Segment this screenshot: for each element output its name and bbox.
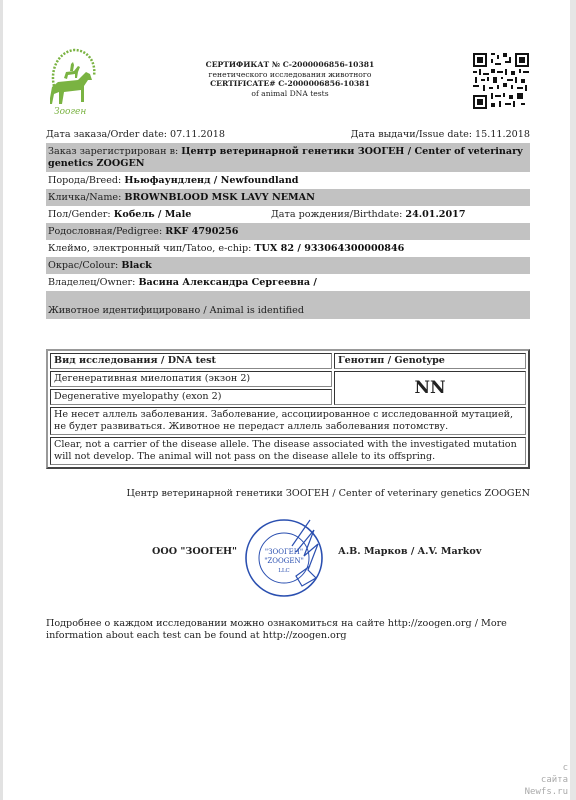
certificate-header: СЕРТИФИКАТ № C-2000006856-10381 генетиче… bbox=[180, 60, 400, 98]
test-name-ru: Дегенеративная миелопатия (экзон 2) bbox=[50, 371, 332, 387]
pedigree-label: Родословная/Pedigree: bbox=[48, 226, 165, 237]
gender-value: Кобель / Male bbox=[114, 209, 192, 220]
colour-value: Black bbox=[121, 260, 151, 271]
dna-test-table: Вид исследования / DNA test Генотип / Ge… bbox=[46, 349, 530, 469]
svg-text:"ЗООГЕН": "ЗООГЕН" bbox=[265, 548, 303, 556]
svg-text:"ZOOGEN": "ZOOGEN" bbox=[264, 557, 304, 565]
result-ru: Не несет аллель заболевания. Заболевание… bbox=[50, 407, 526, 435]
name-row: Кличка/Name: BROWNBLOOD MSK LAVY NEMAN bbox=[46, 189, 530, 206]
pedigree-value: RKF 4790256 bbox=[165, 226, 238, 237]
order-date: Дата заказа/Order date: 07.11.2018 bbox=[46, 129, 225, 140]
svg-text:LLC: LLC bbox=[278, 568, 290, 574]
page-edge-left bbox=[0, 0, 3, 800]
animal-info: Заказ зарегистрирован в: Центр ветеринар… bbox=[46, 143, 530, 319]
horse-rider-logo-icon: Зooген bbox=[44, 42, 102, 117]
signature-org: ООО "ЗООГЕН" bbox=[152, 546, 237, 557]
stamp-seal-icon: "ЗООГЕН" "ZOOGEN" LLC bbox=[244, 516, 328, 600]
page-edge-right bbox=[570, 0, 576, 800]
watermark: с сайта Newfs.ru bbox=[525, 762, 568, 798]
certificate-subtitle-ru: генетического исследования животного bbox=[180, 70, 400, 80]
breed-row: Порода/Breed: Ньюфаундленд / Newfoundlan… bbox=[46, 172, 530, 189]
certificate-subtitle-en: of animal DNA tests bbox=[180, 89, 400, 99]
issue-date: Дата выдачи/Issue date: 15.11.2018 bbox=[351, 129, 530, 140]
test-name-en: Degenerative myelopathy (exon 2) bbox=[50, 389, 332, 405]
col-genotype: Генотип / Genotype bbox=[334, 353, 526, 369]
name-value: BROWNBLOOD MSK LAVY NEMAN bbox=[124, 192, 314, 203]
col-dna-test: Вид исследования / DNA test bbox=[50, 353, 332, 369]
watermark-line-3: Newfs.ru bbox=[525, 786, 568, 798]
name-label: Кличка/Name: bbox=[48, 192, 124, 203]
chip-label: Клеймо, электронный чип/Tatoo, e-chip: bbox=[48, 243, 254, 254]
watermark-line-2: сайта bbox=[525, 774, 568, 786]
owner-value: Васина Александра Сергеевна / bbox=[138, 277, 317, 288]
genotype-value: NN bbox=[334, 371, 526, 405]
colour-row: Окрас/Colour: Black bbox=[46, 257, 530, 274]
owner-row: Владелец/Owner: Васина Александра Сергее… bbox=[46, 274, 530, 291]
breed-label: Порода/Breed: bbox=[48, 175, 124, 186]
pedigree-row: Родословная/Pedigree: RKF 4790256 bbox=[46, 223, 530, 240]
dates-row: Дата заказа/Order date: 07.11.2018 Дата … bbox=[46, 129, 530, 140]
footer-info: Подробнее о каждом исследовании можно оз… bbox=[46, 618, 526, 642]
gender-label: Пол/Gender: bbox=[48, 209, 114, 220]
qr-code[interactable] bbox=[473, 53, 529, 109]
official-stamp: "ЗООГЕН" "ZOOGEN" LLC bbox=[244, 516, 328, 600]
center-name: Центр ветеринарной генетики ЗООГЕН / Cen… bbox=[100, 488, 530, 499]
qr-code-icon bbox=[473, 53, 529, 109]
gender-birthdate-row: Пол/Gender: Кобель / Male Дата рождения/… bbox=[46, 206, 530, 223]
zoogen-logo: Зooген bbox=[44, 42, 102, 117]
identified-row: Животное идентифицировано / Animal is id… bbox=[46, 291, 530, 319]
table-row: Clear, not a carrier of the disease alle… bbox=[50, 437, 526, 465]
breed-value: Ньюфаундленд / Newfoundland bbox=[124, 175, 298, 186]
owner-label: Владелец/Owner: bbox=[48, 277, 138, 288]
chip-value: TUX 82 / 933064300000846 bbox=[254, 243, 404, 254]
watermark-line-1: с bbox=[525, 762, 568, 774]
table-row: Дегенеративная миелопатия (экзон 2) NN bbox=[50, 371, 526, 387]
table-header-row: Вид исследования / DNA test Генотип / Ge… bbox=[50, 353, 526, 369]
birthdate-value: 24.01.2017 bbox=[405, 209, 465, 220]
certificate-title-en: CERTIFICATE# C-2000006856-10381 bbox=[210, 79, 370, 88]
signer-name: А.В. Марков / A.V. Markov bbox=[338, 546, 481, 557]
svg-text:Зooген: Зooген bbox=[54, 107, 86, 117]
result-en: Clear, not a carrier of the disease alle… bbox=[50, 437, 526, 465]
identified-text: Животное идентифицировано / Animal is id… bbox=[48, 305, 304, 317]
birthdate-label: Дата рождения/Birthdate: bbox=[271, 209, 405, 220]
registered-row: Заказ зарегистрирован в: Центр ветеринар… bbox=[46, 143, 530, 172]
certificate-title-ru: СЕРТИФИКАТ № C-2000006856-10381 bbox=[206, 60, 375, 69]
table-row: Не несет аллель заболевания. Заболевание… bbox=[50, 407, 526, 435]
chip-row: Клеймо, электронный чип/Tatoo, e-chip: T… bbox=[46, 240, 530, 257]
registered-label: Заказ зарегистрирован в: bbox=[48, 146, 181, 157]
colour-label: Окрас/Colour: bbox=[48, 260, 121, 271]
